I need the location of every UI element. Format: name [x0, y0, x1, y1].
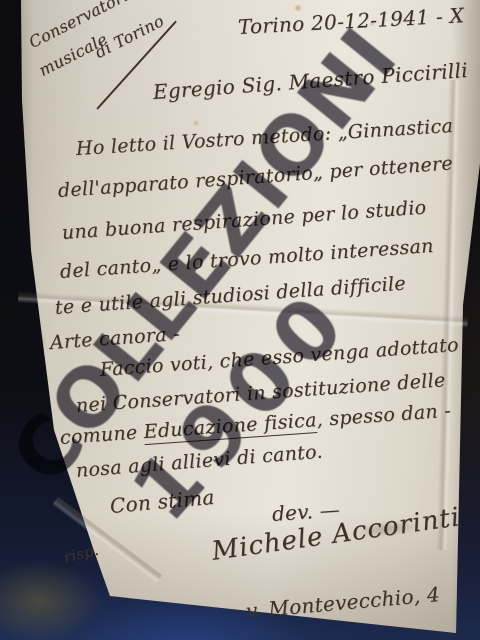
reply-note: risp.: [62, 541, 101, 567]
letter-photo: Conservatorio musicale di Torino Torino …: [0, 0, 480, 640]
